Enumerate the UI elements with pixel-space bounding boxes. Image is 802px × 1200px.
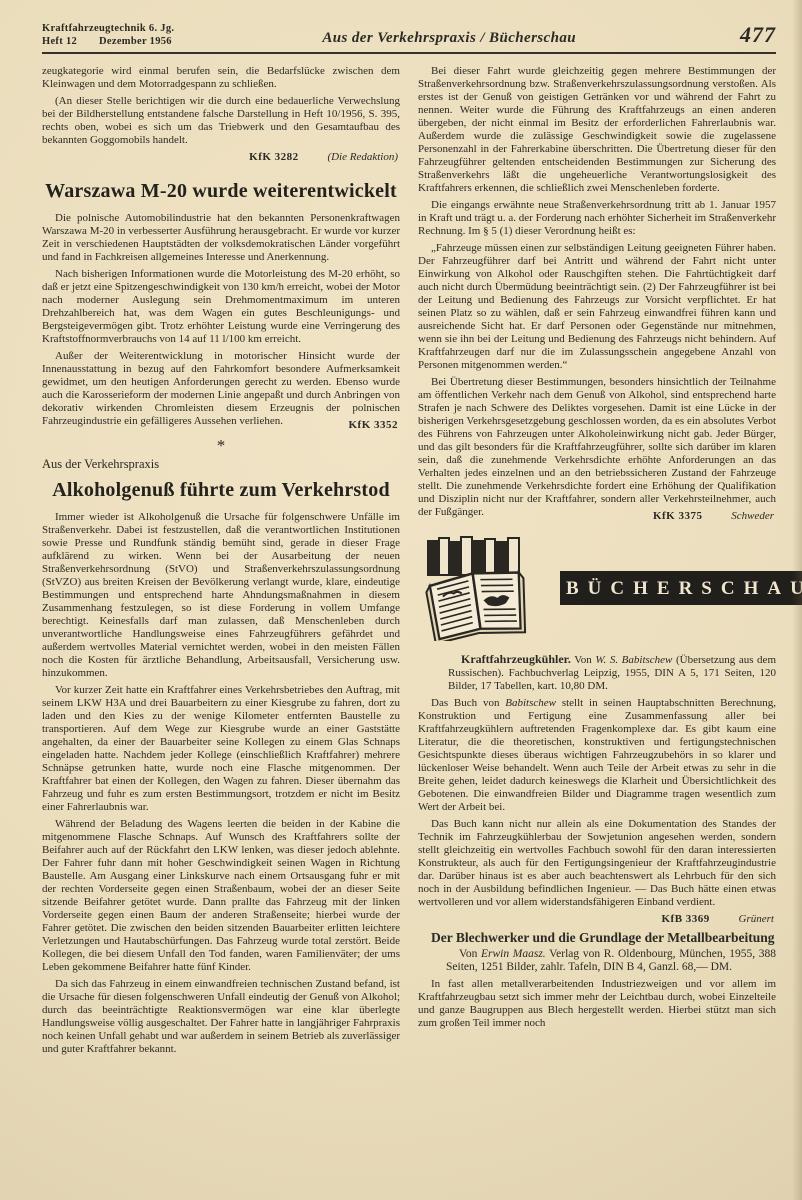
paragraph: (An dieser Stelle berichtigen wir die du… [42,95,400,147]
paragraph: Bei Übertretung dieser Bestimmungen, bes… [418,376,776,519]
reference-code: KfB 3369 [661,913,709,925]
paragraph: Nach bisherigen Informationen wurde die … [42,268,400,346]
book-author: Erwin Maasz. [481,948,546,960]
reference-code: KfK 3282 [249,151,299,163]
reference-code: KfK 3375 [653,510,703,522]
left-column: zeugkategorie wird einmal berufen sein, … [42,65,400,1060]
book-title: Kraftfahrzeugkühler. [461,652,571,666]
columns: zeugkategorie wird einmal berufen sein, … [42,65,776,1060]
page-content: Kraftfahrzeugtechnik 6. Jg. Heft 12Dezem… [42,0,776,1060]
paragraph: Da sich das Fahrzeug in einem einwandfre… [42,978,400,1056]
author-signature: Grünert [739,913,774,925]
paragraph: Immer wieder ist Alkoholgenuß die Ursach… [42,511,400,680]
book-review-header: Kraftfahrzeugkühler. Von W. S. Babitsche… [418,653,776,693]
buecherschau-banner: BÜCHERSCHAU [560,571,802,605]
paragraph: In fast allen metallverarbeitenden Indus… [418,978,776,1030]
paragraph: Außer der Weiterentwicklung in motorisch… [42,350,400,428]
journal-name: Kraftfahrzeugtechnik 6. Jg. [42,23,174,36]
article-heading-alkohol: Alkoholgenuß führte zum Verkehrstod [42,478,400,502]
paragraph: Die polnische Automobilindustrie hat den… [42,212,400,264]
book-author: W. S. Babitschew [595,654,672,666]
section-kicker: Aus der Verkehrspraxis [42,458,400,471]
book-meta: Von [459,948,481,960]
paragraph: Bei dieser Fahrt wurde gleichzeitig gege… [418,65,776,195]
paragraph: Das Buch von Babitschew stellt in seinen… [418,697,776,814]
paragraph: Vor kurzer Zeit hatte ein Kraftfahrer ei… [42,684,400,814]
section-title: Aus der Verkehrspraxis / Bücherschau [322,30,576,48]
credit-line: KfB 3369 Grünert [418,913,774,926]
book-meta: Von [571,654,595,666]
page-header: Kraftfahrzeugtechnik 6. Jg. Heft 12Dezem… [42,22,776,54]
review-text: stellt in seinen Hauptabschnitten Berech… [418,697,776,813]
article-heading-warszawa: Warszawa M-20 wurde weiterentwickelt [42,179,400,203]
book-review-header: Von Erwin Maasz. Verlag von R. Oldenbour… [418,948,776,974]
page-number: 477 [740,22,776,48]
credit-line: KfK 3282 (Die Redaktion) [42,151,398,164]
reference-code: KfK 3352 [348,419,398,431]
section-separator: * [42,439,400,452]
author-signature: Schweder [731,510,774,522]
issue-number: Heft 12 [42,36,77,49]
buecherschau-section-header: BÜCHERSCHAU [418,533,776,641]
paragraph: zeugkategorie wird einmal berufen sein, … [42,65,400,91]
paragraph: Die eingangs erwähnte neue Straßenverkeh… [418,199,776,238]
paragraph: Während der Beladung des Wagens leerten … [42,818,400,974]
review-text: Das Buch von [431,697,505,709]
right-column: Bei dieser Fahrt wurde gleichzeitig gege… [418,65,776,1060]
issue-date: Dezember 1956 [99,36,172,49]
open-book-icon [418,533,546,641]
paragraph: Das Buch kann nicht nur allein als eine … [418,818,776,909]
journal-info: Kraftfahrzeugtechnik 6. Jg. Heft 12Dezem… [42,23,174,48]
journal-page: { "header": { "journal": "Kraftfahrzeugt… [0,0,802,1200]
book-author: Babitschew [505,697,556,709]
author-signature: (Die Redaktion) [327,151,398,163]
paper-edge-shadow [792,0,802,1200]
book-title: Der Blechwerker und die Grundlage der Me… [418,931,776,944]
paragraph-quote: „Fahrzeuge müssen einen zur selbständige… [418,242,776,372]
